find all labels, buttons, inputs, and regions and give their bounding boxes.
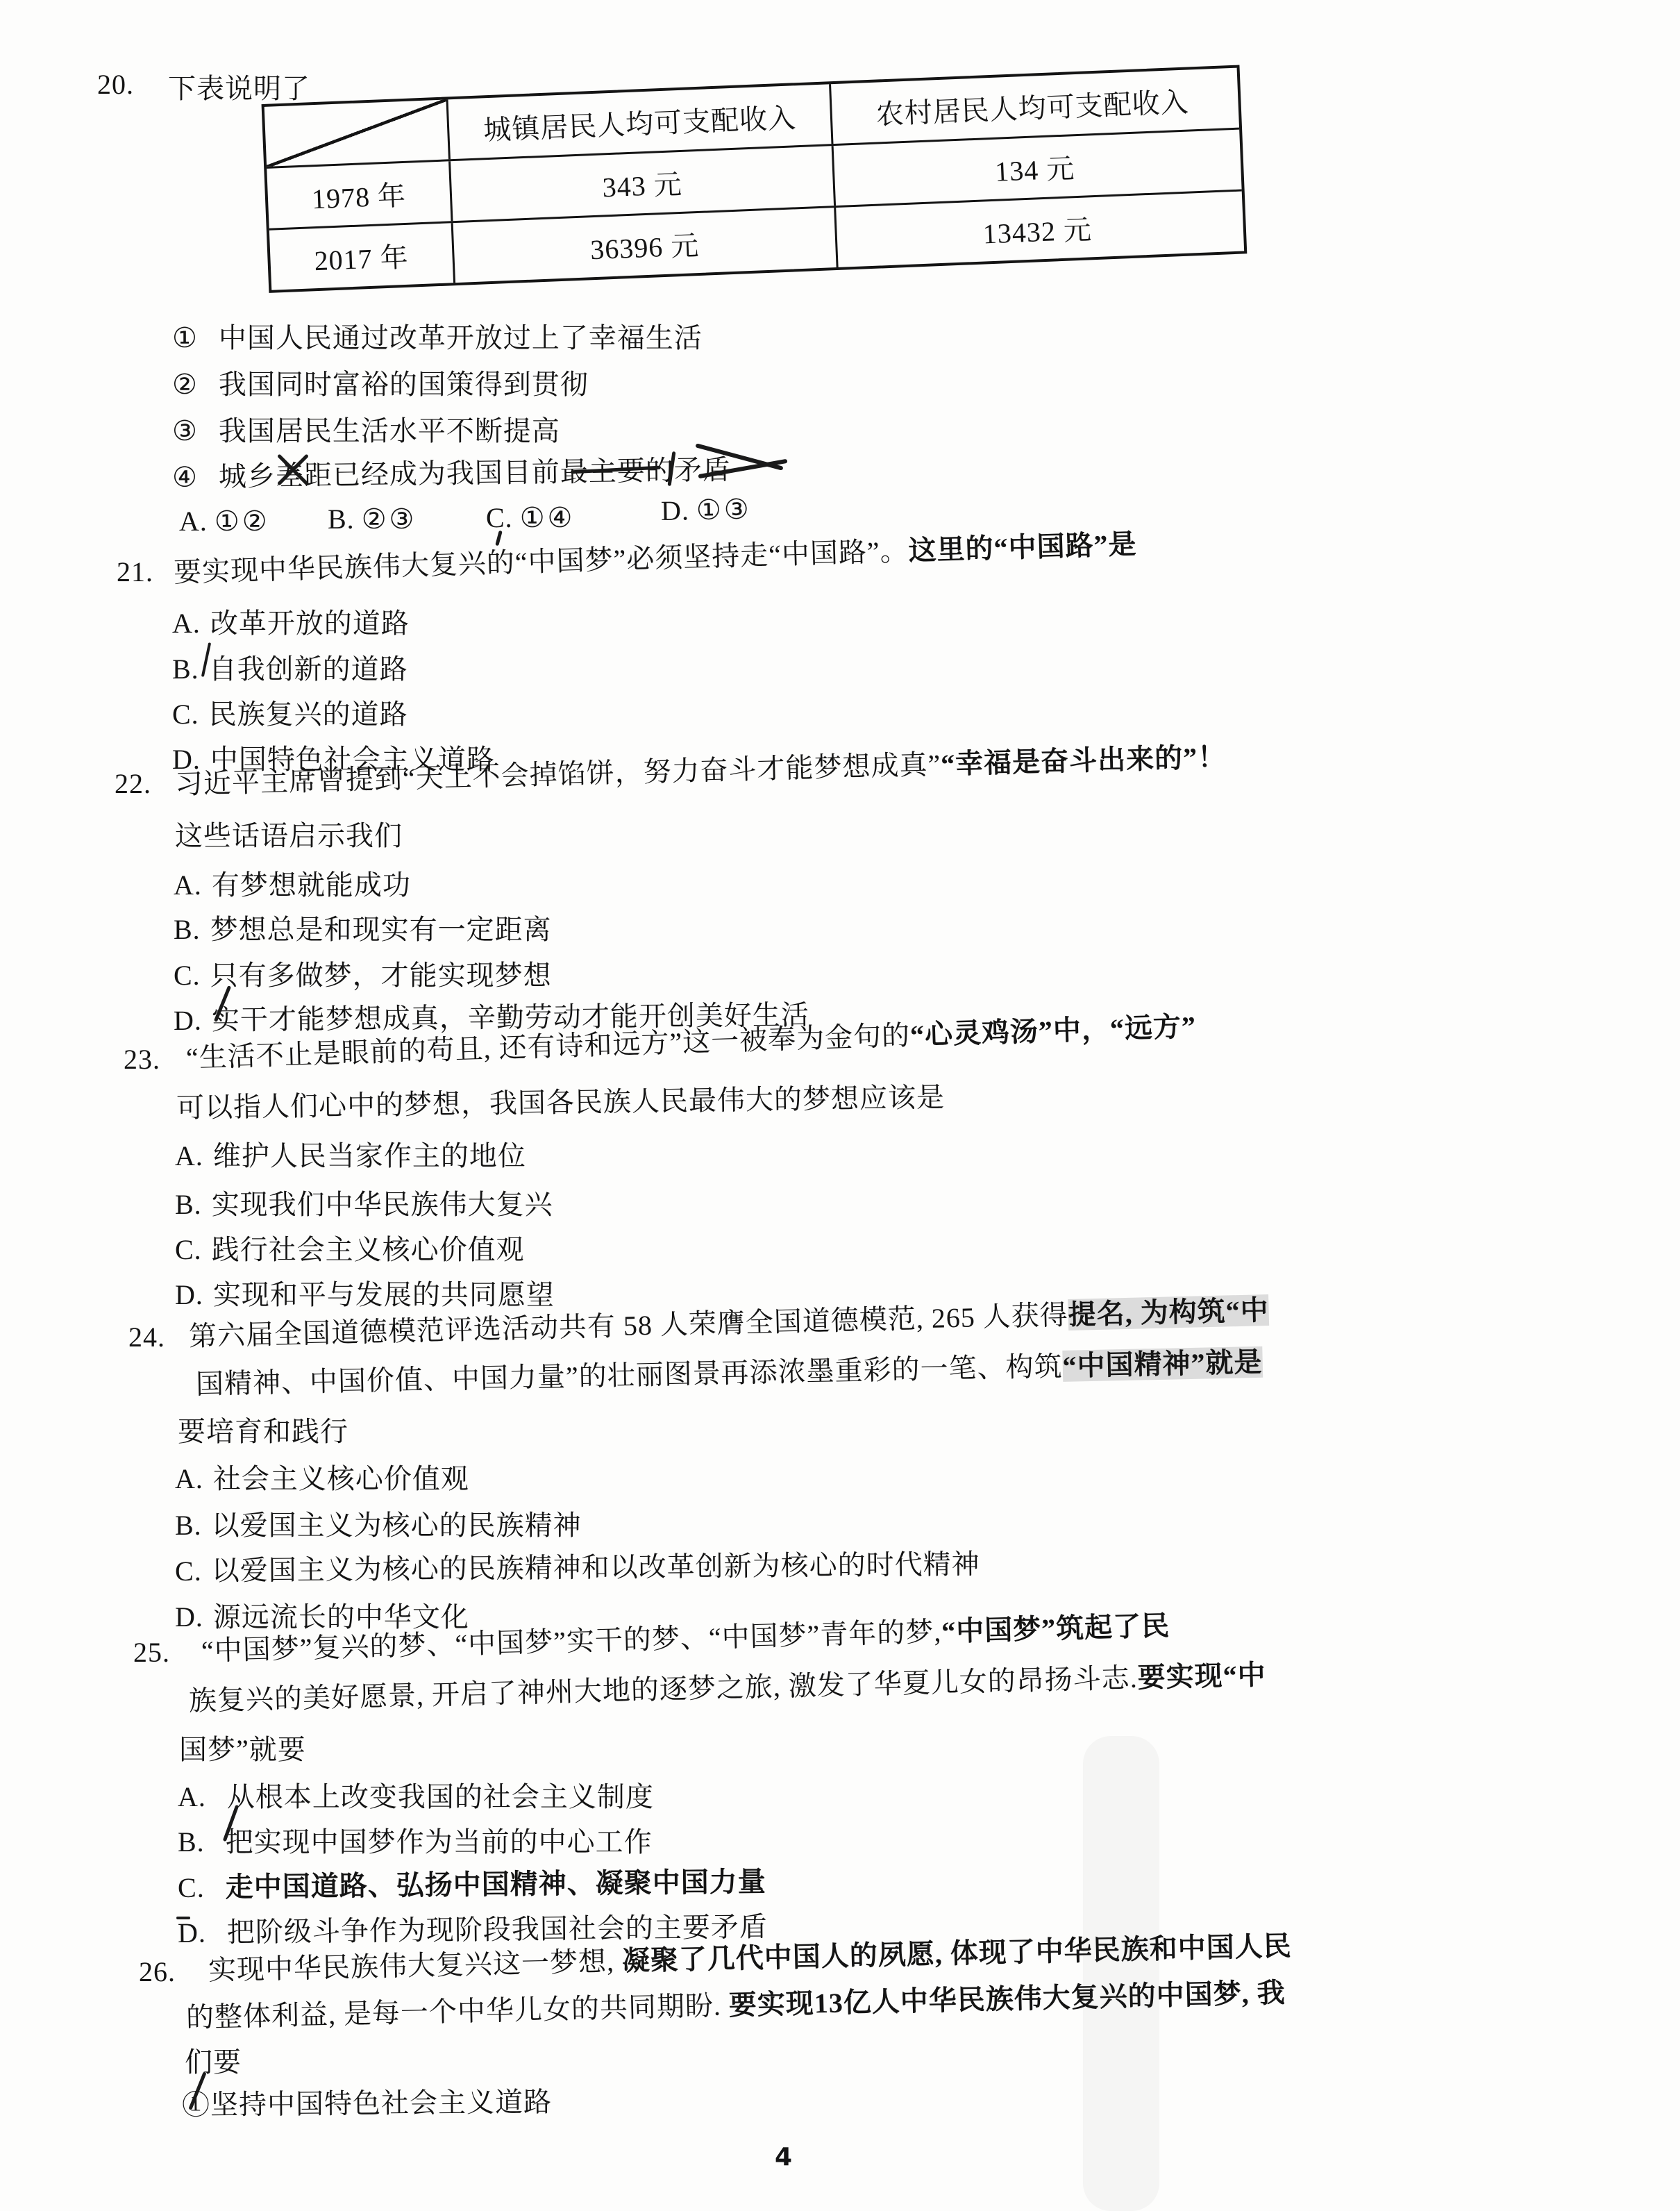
option-text: 以爱国主义为核心的民族精神	[212, 1510, 582, 1541]
stem-text: 族复兴的美好愿景, 开启了神州大地的逐梦之旅, 激发了华夏儿女的昂扬斗志.	[189, 1662, 1139, 1717]
option-label: C.	[175, 1234, 202, 1265]
q20-item-1: ①中国人民通过改革开放过上了幸福生活	[172, 316, 703, 356]
option-text: 维护人民当家作主的地位	[213, 1140, 526, 1171]
choice-value: ②③	[362, 503, 417, 535]
q20-item-4: ④城乡差距已经成为我国目前最主要的矛盾	[172, 448, 732, 495]
q24-option-b: B.以爱国主义为核心的民族精神	[175, 1503, 582, 1543]
option-label: B.	[175, 1189, 202, 1220]
option-label: C.	[175, 1555, 202, 1587]
option-label: C.	[172, 699, 199, 730]
q23-option-c: C.践行社会主义核心价值观	[175, 1228, 525, 1267]
choice-value: ①②	[215, 506, 270, 537]
stem-text-bold: “心灵鸡汤”中，“远方”	[909, 1010, 1196, 1051]
q20-table: 城镇居民人均可支配收入 农村居民人均可支配收入 1978 年 343 元 134…	[262, 65, 1248, 293]
q21-number: 21.	[117, 556, 153, 588]
option-text: 走中国道路、弘扬中国精神、凝聚中国力量	[225, 1866, 766, 1903]
q22-option-b: B.梦想总是和现实有一定距离	[174, 908, 552, 947]
q25-number: 25.	[133, 1636, 170, 1669]
table-cell-urban: 36396 元	[451, 208, 837, 283]
item-text: 我国同时富裕的国策得到贯彻	[219, 369, 589, 400]
option-text: 实现我们中华民族伟大复兴	[212, 1189, 553, 1220]
q20-item-3: ③我国居民生活水平不断提高	[172, 409, 560, 449]
q26-number: 26.	[139, 1955, 176, 1988]
choice-value: ①③	[696, 494, 752, 526]
item-text: 中国人民通过改革开放过上了幸福生活	[219, 322, 703, 353]
option-text: 改革开放的道路	[210, 608, 410, 639]
q23-option-a: A.维护人民当家作主的地位	[175, 1134, 526, 1174]
option-text: 梦想总是和现实有一定距离	[210, 914, 552, 945]
pen-mark-crossbar	[176, 1917, 190, 1919]
choice-label: A.	[179, 506, 208, 537]
option-label: B.	[178, 1826, 205, 1858]
circled-number-icon: ①	[172, 322, 198, 354]
option-text: 践行社会主义核心价值观	[212, 1234, 525, 1265]
option-text: 以爱国主义为核心的民族精神和以改革创新为核心的时代精神	[212, 1549, 980, 1587]
stem-text: 实现中华民族伟大复兴这一梦想,	[208, 1945, 623, 1986]
table-cell-year: 2017 年	[269, 223, 453, 290]
q25-option-b: B.把实现中国梦作为当前的中心工作	[178, 1820, 653, 1860]
stem-text-bold: 要实现“中	[1137, 1659, 1266, 1694]
stem-text-bold: 提名, 为构筑“中	[1068, 1294, 1269, 1330]
choice-label: B.	[328, 503, 355, 535]
option-label: D.	[175, 1601, 203, 1633]
stem-text: 国精神、中国价值、中国力量”的壮丽图景再添浓墨重彩的一笔、构筑	[196, 1351, 1063, 1400]
q24-number: 24.	[128, 1321, 165, 1353]
stem-text-bold: 凝聚了几代中国人的夙愿, 体现了中华民族和中国人民	[621, 1930, 1292, 1977]
option-label: D.	[174, 1005, 202, 1036]
page-number: 4	[775, 2143, 792, 2171]
option-label: D.	[178, 1917, 206, 1949]
q22-stem-line2: 这些话语启示我们	[175, 814, 403, 853]
q20-stem: 下表说明了	[168, 67, 310, 106]
choice-value: ①④	[520, 502, 576, 534]
q20-choice-c: C.①④	[486, 501, 575, 534]
option-text: 有梦想就能成功	[212, 869, 411, 901]
option-label: B.	[174, 914, 201, 945]
option-label: A.	[175, 1140, 203, 1171]
q25-option-a: A.从根本上改变我国的社会主义制度	[178, 1775, 654, 1814]
option-text: 民族复兴的道路	[209, 699, 408, 730]
q20-choice-b: B.②③	[328, 503, 417, 535]
q25-option-c: C.走中国道路、弘扬中国精神、凝聚中国力量	[178, 1860, 766, 1905]
option-label: C.	[178, 1872, 205, 1903]
stem-text-bold: 这里的“中国路”是	[908, 528, 1137, 567]
q20-choice-a: A.①②	[179, 505, 270, 537]
q22-option-a: A.有梦想就能成功	[174, 863, 411, 903]
option-label: A.	[172, 608, 201, 639]
option-text: 只有多做梦，才能实现梦想	[210, 960, 552, 991]
q23-number: 23.	[124, 1043, 160, 1076]
table-cell-year: 1978 年	[267, 161, 451, 228]
q23-stem-line2: 可以指人们心中的梦想，我国各民族人民最伟大的梦想应该是	[176, 1076, 946, 1126]
circled-number-icon: ④	[172, 461, 198, 494]
table-corner-cell	[264, 99, 448, 166]
q21-option-a: A.改革开放的道路	[172, 601, 410, 641]
q23-option-b: B.实现我们中华民族伟大复兴	[175, 1183, 553, 1222]
option-label: D.	[175, 1279, 203, 1310]
q24-option-a: A.社会主义核心价值观	[175, 1457, 469, 1496]
circled-number-icon: ③	[172, 415, 198, 447]
stem-text-bold: “中国精神”就是	[1062, 1346, 1263, 1382]
option-text: 把实现中国梦作为当前的中心工作	[226, 1826, 653, 1858]
option-label: B.	[172, 653, 199, 685]
option-label: A.	[174, 869, 202, 901]
q20-number: 20.	[97, 68, 134, 101]
stem-text: 的整体利益, 是每一个中华儿女的共同期盼.	[186, 1989, 730, 2033]
q20-choice-d: D.①③	[661, 493, 752, 527]
option-label: B.	[175, 1510, 202, 1541]
option-text: 自我创新的道路	[209, 653, 408, 685]
circled-number-icon: ②	[172, 369, 198, 401]
diagonal-line	[264, 99, 448, 166]
option-label: A.	[175, 1463, 203, 1494]
exam-page: 20. 下表说明了 城镇居民人均可支配收入 农村居民人均可支配收入 1978 年…	[0, 0, 1680, 2211]
option-text: 实现和平与发展的共同愿望	[213, 1279, 555, 1310]
choice-label: C.	[486, 502, 513, 533]
option-label: A.	[178, 1781, 206, 1812]
q24-option-c: C.以爱国主义为核心的民族精神和以改革创新为核心的时代精神	[175, 1542, 980, 1589]
q20-item-2: ②我国同时富裕的国策得到贯彻	[172, 362, 589, 402]
stem-text: 要实现中华民族伟大复兴的“中国梦”必须坚持走“中国路”。	[173, 535, 909, 588]
q26-stem-line3: 们要	[185, 2040, 242, 2080]
q21-stem: 要实现中华民族伟大复兴的“中国梦”必须坚持走“中国路”。这里的“中国路”是	[173, 522, 1137, 590]
q26-item-1: ①坚持中国特色社会主义道路	[182, 2080, 552, 2123]
stem-text-bold: “幸福是奋斗出来的”！	[941, 741, 1227, 780]
stem-text-bold: 要实现13亿人中华民族伟大复兴的中国梦, 我	[728, 1977, 1286, 2021]
q25-stem-line3: 国梦”就要	[179, 1728, 306, 1767]
option-label: C.	[174, 960, 201, 991]
q21-option-c: C.民族复兴的道路	[172, 692, 408, 732]
choice-label: D.	[661, 494, 690, 526]
option-text: 社会主义核心价值观	[213, 1463, 469, 1494]
q22-number: 22.	[115, 767, 151, 800]
q24-stem-line3: 要培育和践行	[178, 1410, 348, 1449]
option-text: 从根本上改变我国的社会主义制度	[227, 1781, 654, 1812]
scan-smudge	[1083, 1736, 1159, 2211]
item-text: 我国居民生活水平不断提高	[219, 415, 560, 447]
stem-text-bold: “中国梦”筑起了民	[941, 1610, 1170, 1647]
